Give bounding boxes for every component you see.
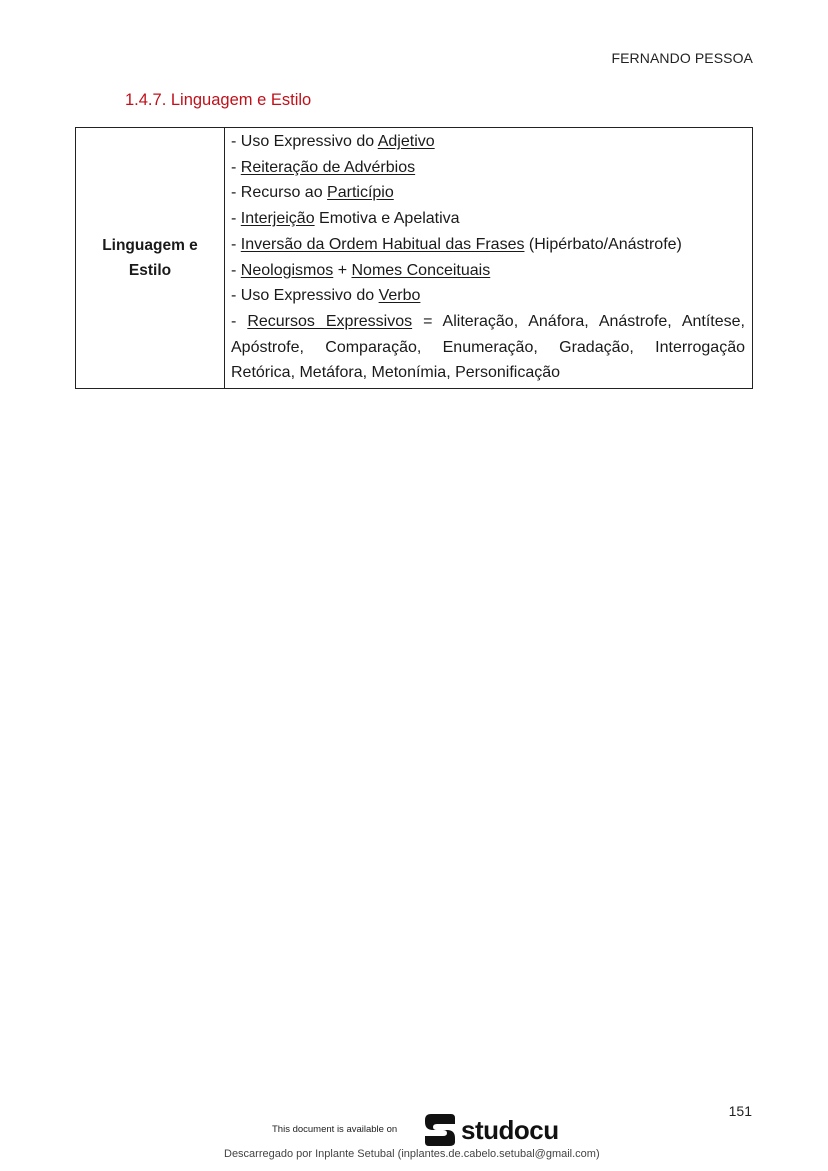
row-label-cell: Linguagem e Estilo bbox=[76, 128, 225, 389]
page-number: 151 bbox=[729, 1103, 752, 1119]
list-item: - Inversão da Ordem Habitual das Frases … bbox=[231, 232, 745, 258]
running-header: FERNANDO PESSOA bbox=[611, 50, 753, 66]
list-item: - Interjeição Emotiva e Apelativa bbox=[231, 206, 745, 232]
availability-text: This document is available on bbox=[272, 1124, 397, 1135]
section-title: 1.4.7. Linguagem e Estilo bbox=[125, 91, 311, 110]
studocu-logo[interactable]: studocu bbox=[423, 1112, 559, 1148]
row-label-line1: Linguagem e bbox=[77, 233, 223, 258]
style-table: Linguagem e Estilo - Uso Expressivo do A… bbox=[75, 127, 753, 389]
list-item: - Recursos Expressivos = Aliteração, Aná… bbox=[231, 309, 745, 386]
list-item: - Recurso ao Particípio bbox=[231, 180, 745, 206]
content-cell: - Uso Expressivo do Adjetivo - Reiteraçã… bbox=[225, 128, 753, 389]
download-attribution: Descarregado por Inplante Setubal (inpla… bbox=[224, 1148, 600, 1160]
row-label-line2: Estilo bbox=[77, 258, 223, 283]
list-item: - Reiteração de Advérbios bbox=[231, 155, 745, 181]
table-row: Linguagem e Estilo - Uso Expressivo do A… bbox=[76, 128, 753, 389]
list-item: - Neologismos + Nomes Conceituais bbox=[231, 258, 745, 284]
brand-name: studocu bbox=[461, 1115, 559, 1146]
list-item: - Uso Expressivo do Adjetivo bbox=[231, 129, 745, 155]
studocu-s-icon bbox=[423, 1112, 457, 1148]
list-item: - Uso Expressivo do Verbo bbox=[231, 283, 745, 309]
